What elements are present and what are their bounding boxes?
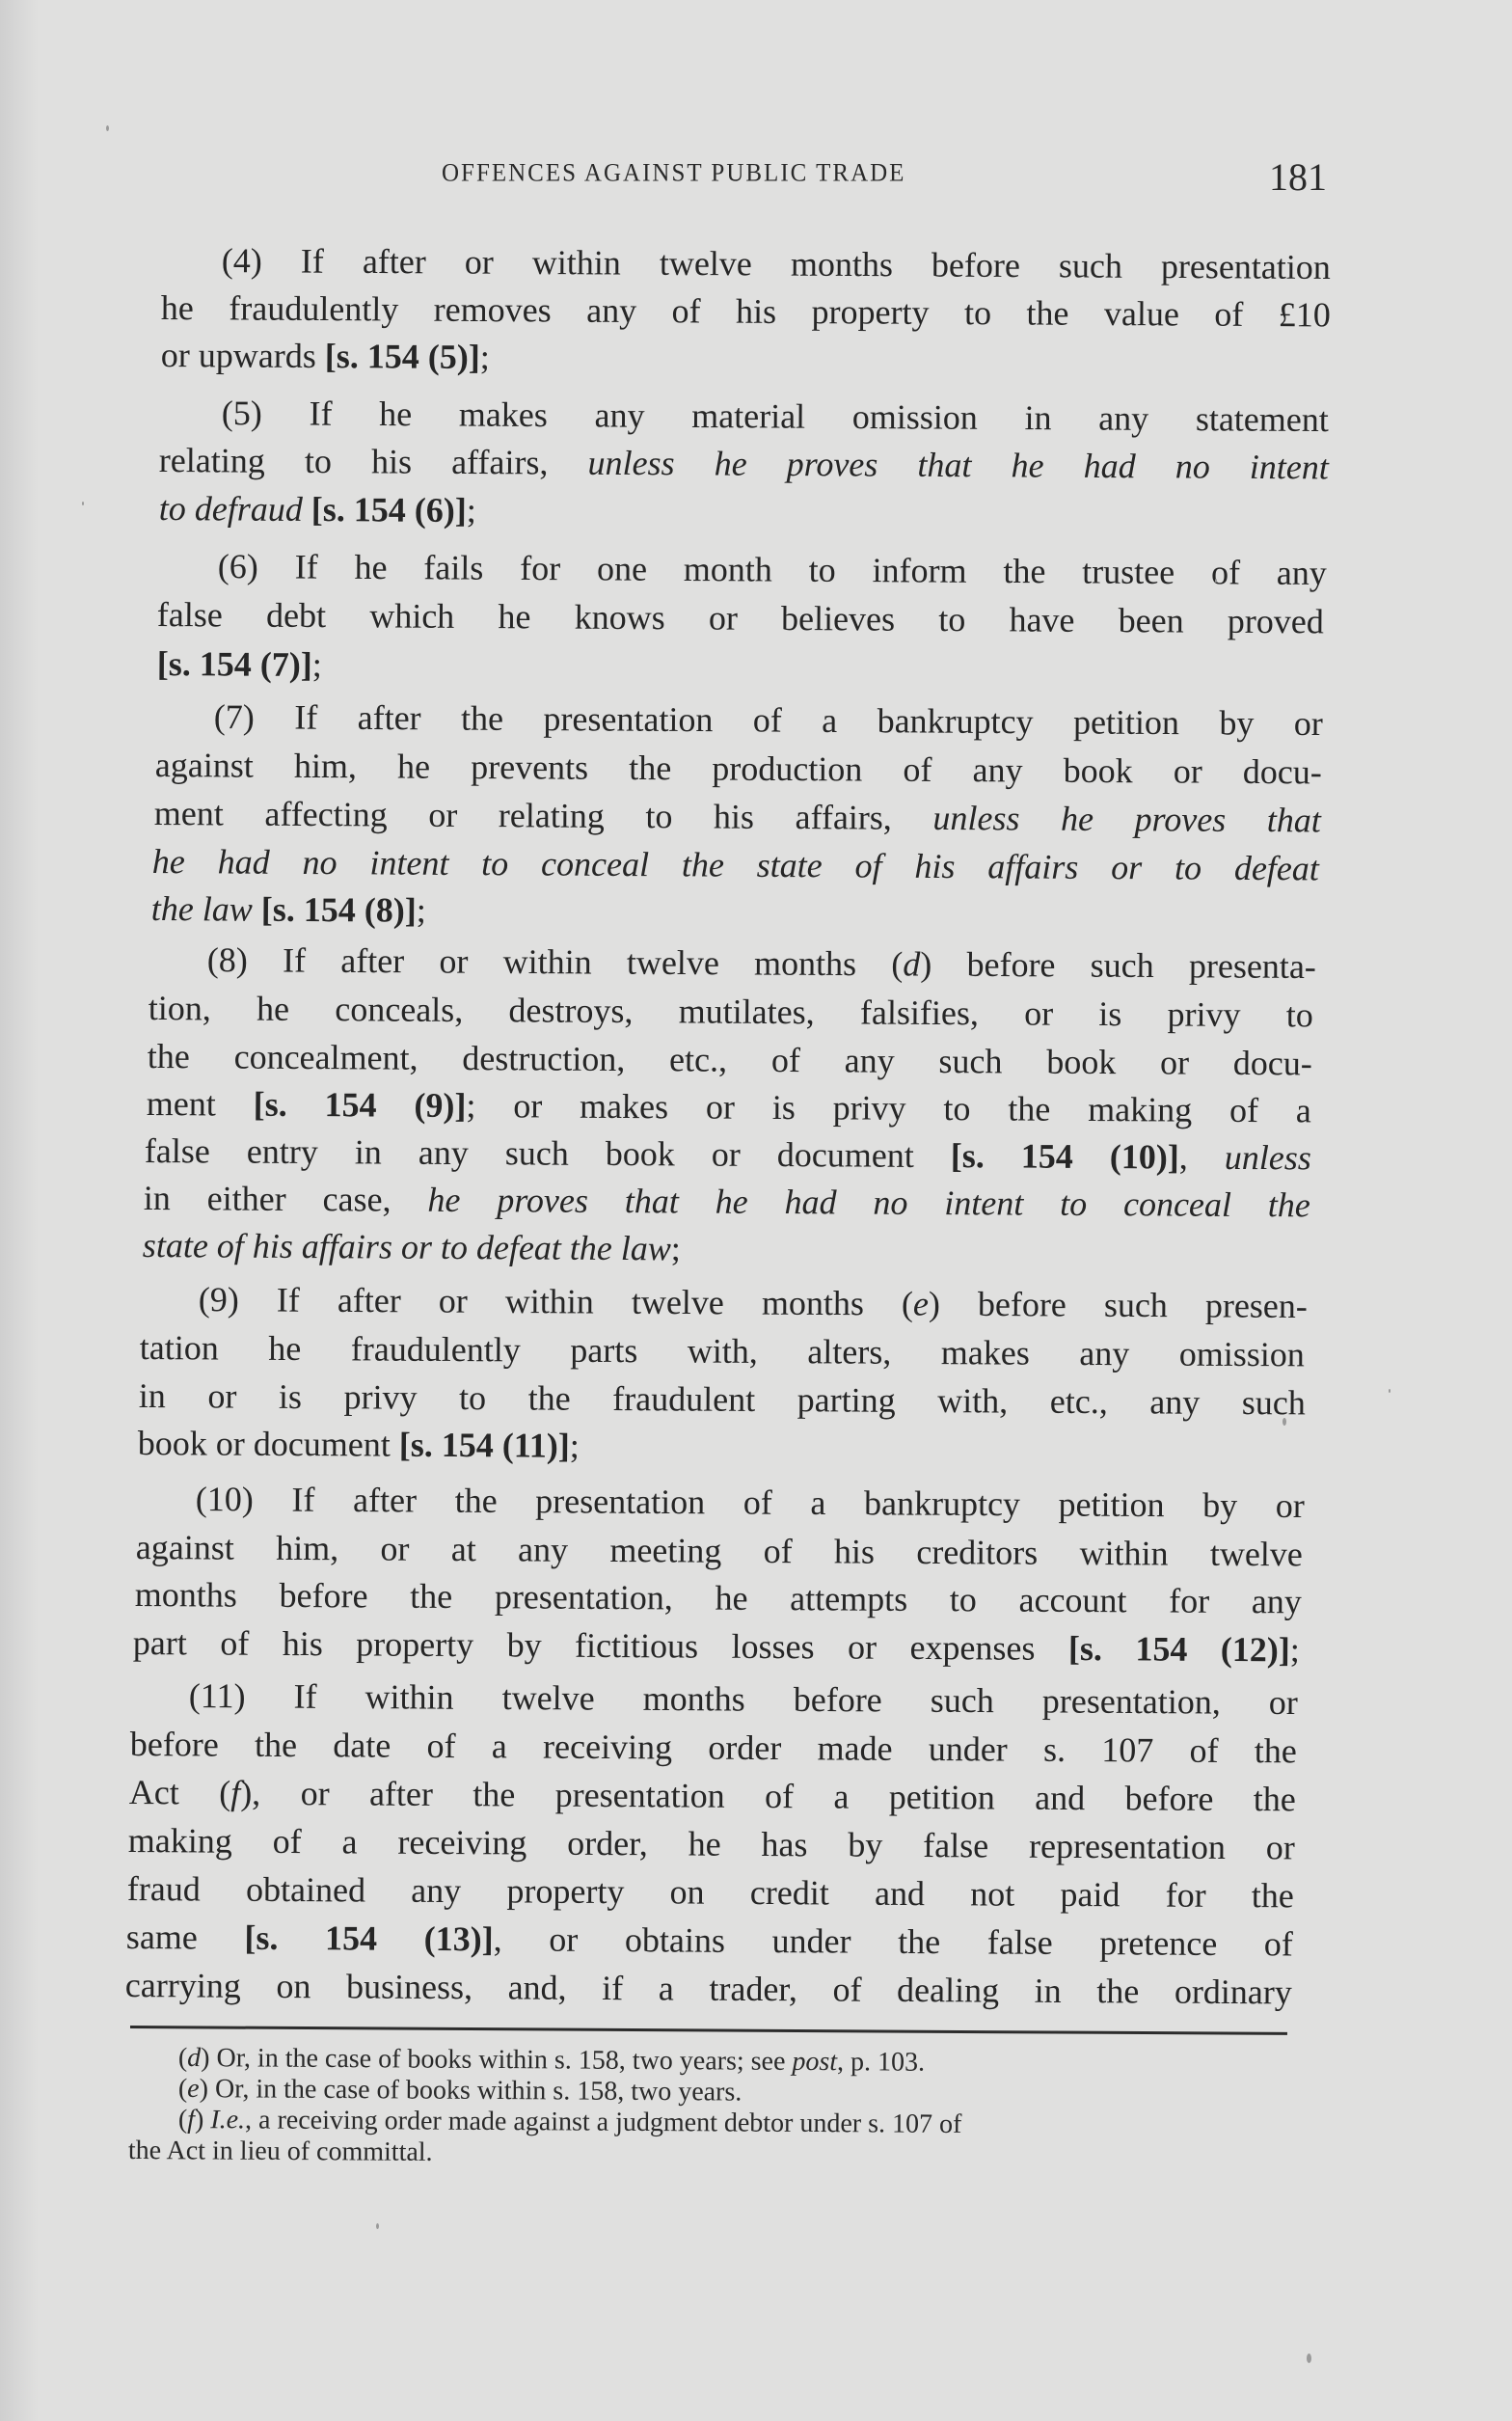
line-text: (5) If he makes any material omission in…	[222, 394, 1329, 439]
paper-speck	[376, 2223, 379, 2229]
line-text: part of his property by fictitious losse…	[133, 1623, 1068, 1668]
line-text: ;	[312, 645, 322, 684]
line-text: tation he fraudulently parts with, alter…	[140, 1328, 1305, 1374]
statute-reference: [s. 154 (9)]	[254, 1085, 467, 1125]
text-line: (10) If after the presentation of a bank…	[196, 1480, 1305, 1525]
italic-text: I.e.	[210, 2105, 245, 2135]
paper-speck	[1215, 579, 1217, 583]
paper-speck	[82, 502, 84, 505]
footnote-rule	[130, 2026, 1287, 2035]
text-line: or upwards [s. 154 (5)];	[161, 336, 490, 376]
line-text: (6) If he fails for one month to inform …	[218, 547, 1327, 592]
line-text: ;	[570, 1427, 580, 1465]
text-line: [s. 154 (7)];	[157, 644, 322, 684]
text-line: fraud obtained any property on credit an…	[127, 1869, 1294, 1915]
paper-speck	[1282, 1418, 1286, 1426]
paren: )	[200, 2074, 209, 2104]
text-line: false debt which he knows or believes to…	[157, 595, 1324, 640]
line-text: same	[126, 1918, 245, 1957]
paper-speck	[1389, 1389, 1390, 1393]
italic-text: post	[792, 2047, 837, 2077]
footnote-marker: d	[903, 944, 920, 983]
line-text: , or obtains under the false pretence of	[494, 1919, 1293, 1963]
line-text: (10) If after the presentation of a bank…	[196, 1480, 1305, 1525]
statute-reference: [s. 154 (13)]	[244, 1918, 493, 1959]
text-line: he had no intent to conceal the state of…	[152, 842, 1319, 887]
text-line: tion, he conceals, destroys, mutilates, …	[148, 989, 1313, 1034]
line-text: against him, he prevents the production …	[155, 746, 1322, 791]
line-text: before the date of a receiving order mad…	[130, 1725, 1297, 1770]
text-line: making of a receiving order, he has by f…	[128, 1821, 1295, 1866]
text-line: (11) If within twelve months before such…	[189, 1676, 1298, 1722]
statute-reference: [s. 154 (5)]	[325, 337, 480, 376]
text-line: months before the presentation, he attem…	[135, 1575, 1302, 1620]
italic-text: unless	[1225, 1138, 1311, 1178]
text-line: the concealment, destruction, etc., of a…	[148, 1037, 1312, 1082]
italic-text: state of his affairs or to defeat the la…	[143, 1226, 671, 1267]
text-line: tation he fraudulently parts with, alter…	[140, 1328, 1305, 1374]
footnote-d: (d) Or, in the case of books within s. 1…	[178, 2043, 925, 2079]
line-text: (11) If within twelve months before such…	[189, 1676, 1298, 1722]
text-line: state of his affairs or to defeat the la…	[143, 1226, 681, 1267]
footnote-mark: e	[187, 2074, 200, 2104]
footnote-text: , p. 103.	[837, 2047, 925, 2078]
running-title: OFFENCES AGAINST PUBLIC TRADE	[442, 159, 905, 187]
text-line: against him, or at any meeting of his cr…	[136, 1528, 1303, 1573]
line-text: ) before such presen-	[929, 1285, 1308, 1325]
statute-reference: [s. 154 (10)]	[951, 1136, 1179, 1176]
statute-reference: [s. 154 (8)]	[261, 890, 417, 930]
statute-reference: [s. 154 (11)]	[399, 1426, 570, 1465]
line-text: (9) If after or within twelve months (	[199, 1280, 913, 1323]
text-line: part of his property by fictitious losse…	[133, 1623, 1300, 1669]
text-line: false entry in any such book or document…	[145, 1131, 1311, 1177]
line-text: he fraudulently removes any of his prope…	[161, 288, 1331, 334]
line-text: ;	[671, 1229, 681, 1267]
line-text: ;	[1290, 1630, 1300, 1669]
text-line: same [s. 154 (13)], or obtains under the…	[126, 1918, 1293, 1963]
line-text: making of a receiving order, he has by f…	[128, 1821, 1295, 1866]
line-text: or upwards	[161, 336, 325, 375]
footnote-text: the Act in lieu of committal.	[128, 2135, 433, 2167]
line-text: ment	[147, 1084, 254, 1124]
line-text: against him, or at any meeting of his cr…	[136, 1528, 1303, 1573]
line-text: ; or makes or is privy to the making of …	[466, 1086, 1311, 1129]
text-line: (8) If after or within twelve months (d)…	[207, 940, 1316, 986]
line-text: (8) If after or within twelve months (	[207, 940, 904, 983]
text-line: relating to his affairs, unless he prove…	[159, 441, 1329, 486]
line-text: ,	[1179, 1138, 1225, 1177]
line-text: book or document	[138, 1424, 399, 1464]
line-text: (4) If after or within twelve months bef…	[222, 241, 1331, 286]
line-text: carrying on business, and, if a trader, …	[125, 1966, 1292, 2011]
footnote-text: , a receiving order made against a judgm…	[245, 2105, 961, 2139]
statute-reference: [s. 154 (12)]	[1068, 1629, 1290, 1669]
line-text: ment affecting or relating to his affair…	[154, 794, 933, 837]
line-text: ;	[417, 891, 426, 930]
footnote-f: (f) I.e., a receiving order made against…	[178, 2105, 962, 2140]
italic-text: to defraud	[159, 489, 303, 529]
footnote-marker: e	[913, 1285, 929, 1323]
footnote-continuation: the Act in lieu of committal.	[128, 2135, 433, 2168]
italic-text: the law	[151, 889, 253, 929]
italic-text: he had no intent to conceal the state of…	[152, 842, 1319, 887]
text-line: in either case, he proves that he had no…	[144, 1179, 1310, 1224]
statute-reference: [s. 154 (6)]	[311, 490, 467, 530]
line-text: tion, he conceals, destroys, mutilates, …	[148, 989, 1313, 1034]
footnote-mark: d	[187, 2043, 201, 2073]
text-line: Act (f), or after the presentation of a …	[129, 1773, 1296, 1818]
footnote-text: Or, in the case of books within s. 158, …	[208, 2074, 742, 2107]
line-text: ;	[480, 338, 490, 376]
line-text: ) before such presenta-	[920, 945, 1316, 987]
line-text: false entry in any such book or document	[145, 1131, 951, 1175]
text-line: ment [s. 154 (9)]; or makes or is privy …	[147, 1084, 1311, 1129]
line-text: months before the presentation, he attem…	[135, 1575, 1302, 1620]
text-line: to defraud [s. 154 (6)];	[159, 489, 476, 530]
text-line: the law [s. 154 (8)];	[151, 889, 426, 930]
line-text: the concealment, destruction, etc., of a…	[148, 1037, 1312, 1082]
page-edge-shadow	[0, 0, 39, 2421]
text-line: before the date of a receiving order mad…	[130, 1725, 1297, 1770]
italic-text: unless he proves that	[932, 799, 1321, 839]
text-line: (6) If he fails for one month to inform …	[218, 547, 1327, 592]
line-text: ;	[467, 491, 476, 530]
line-text: false debt which he knows or believes to…	[157, 595, 1324, 640]
italic-text: unless he proves that he had no intent	[587, 444, 1329, 487]
text-line: ment affecting or relating to his affair…	[154, 794, 1321, 839]
text-line: in or is privy to the fraudulent parting…	[139, 1376, 1306, 1422]
paren: )	[201, 2043, 210, 2073]
line-text: ), or after the presentation of a petiti…	[240, 1774, 1296, 1819]
footnote-e: (e) Or, in the case of books within s. 1…	[178, 2074, 742, 2108]
footnote-text: Or, in the case of books within s. 158, …	[209, 2043, 792, 2077]
line-text	[303, 490, 311, 529]
line-text: in or is privy to the fraudulent parting…	[139, 1376, 1306, 1422]
line-text: relating to his affairs,	[159, 441, 588, 482]
text-line: (4) If after or within twelve months bef…	[222, 241, 1331, 286]
paper-speck	[106, 125, 109, 131]
line-text: Act (	[129, 1773, 231, 1812]
text-line: (5) If he makes any material omission in…	[222, 394, 1329, 439]
line-text: fraud obtained any property on credit an…	[127, 1869, 1294, 1915]
text-line: against him, he prevents the production …	[155, 746, 1322, 791]
page-number: 181	[1269, 154, 1327, 200]
text-line: carrying on business, and, if a trader, …	[125, 1966, 1292, 2011]
text-line: book or document [s. 154 (11)];	[138, 1424, 580, 1465]
italic-text: he proves that he had no intent to conce…	[427, 1181, 1310, 1225]
line-text: in either case,	[144, 1179, 428, 1219]
line-text: (7) If after the presentation of a bankr…	[214, 697, 1323, 743]
text-line: he fraudulently removes any of his prope…	[161, 288, 1331, 334]
text-line: (7) If after the presentation of a bankr…	[214, 697, 1323, 743]
text-line: (9) If after or within twelve months (e)…	[199, 1280, 1308, 1325]
paper-speck	[1307, 2353, 1311, 2363]
statute-reference: [s. 154 (7)]	[157, 644, 312, 684]
line-text	[253, 890, 261, 929]
